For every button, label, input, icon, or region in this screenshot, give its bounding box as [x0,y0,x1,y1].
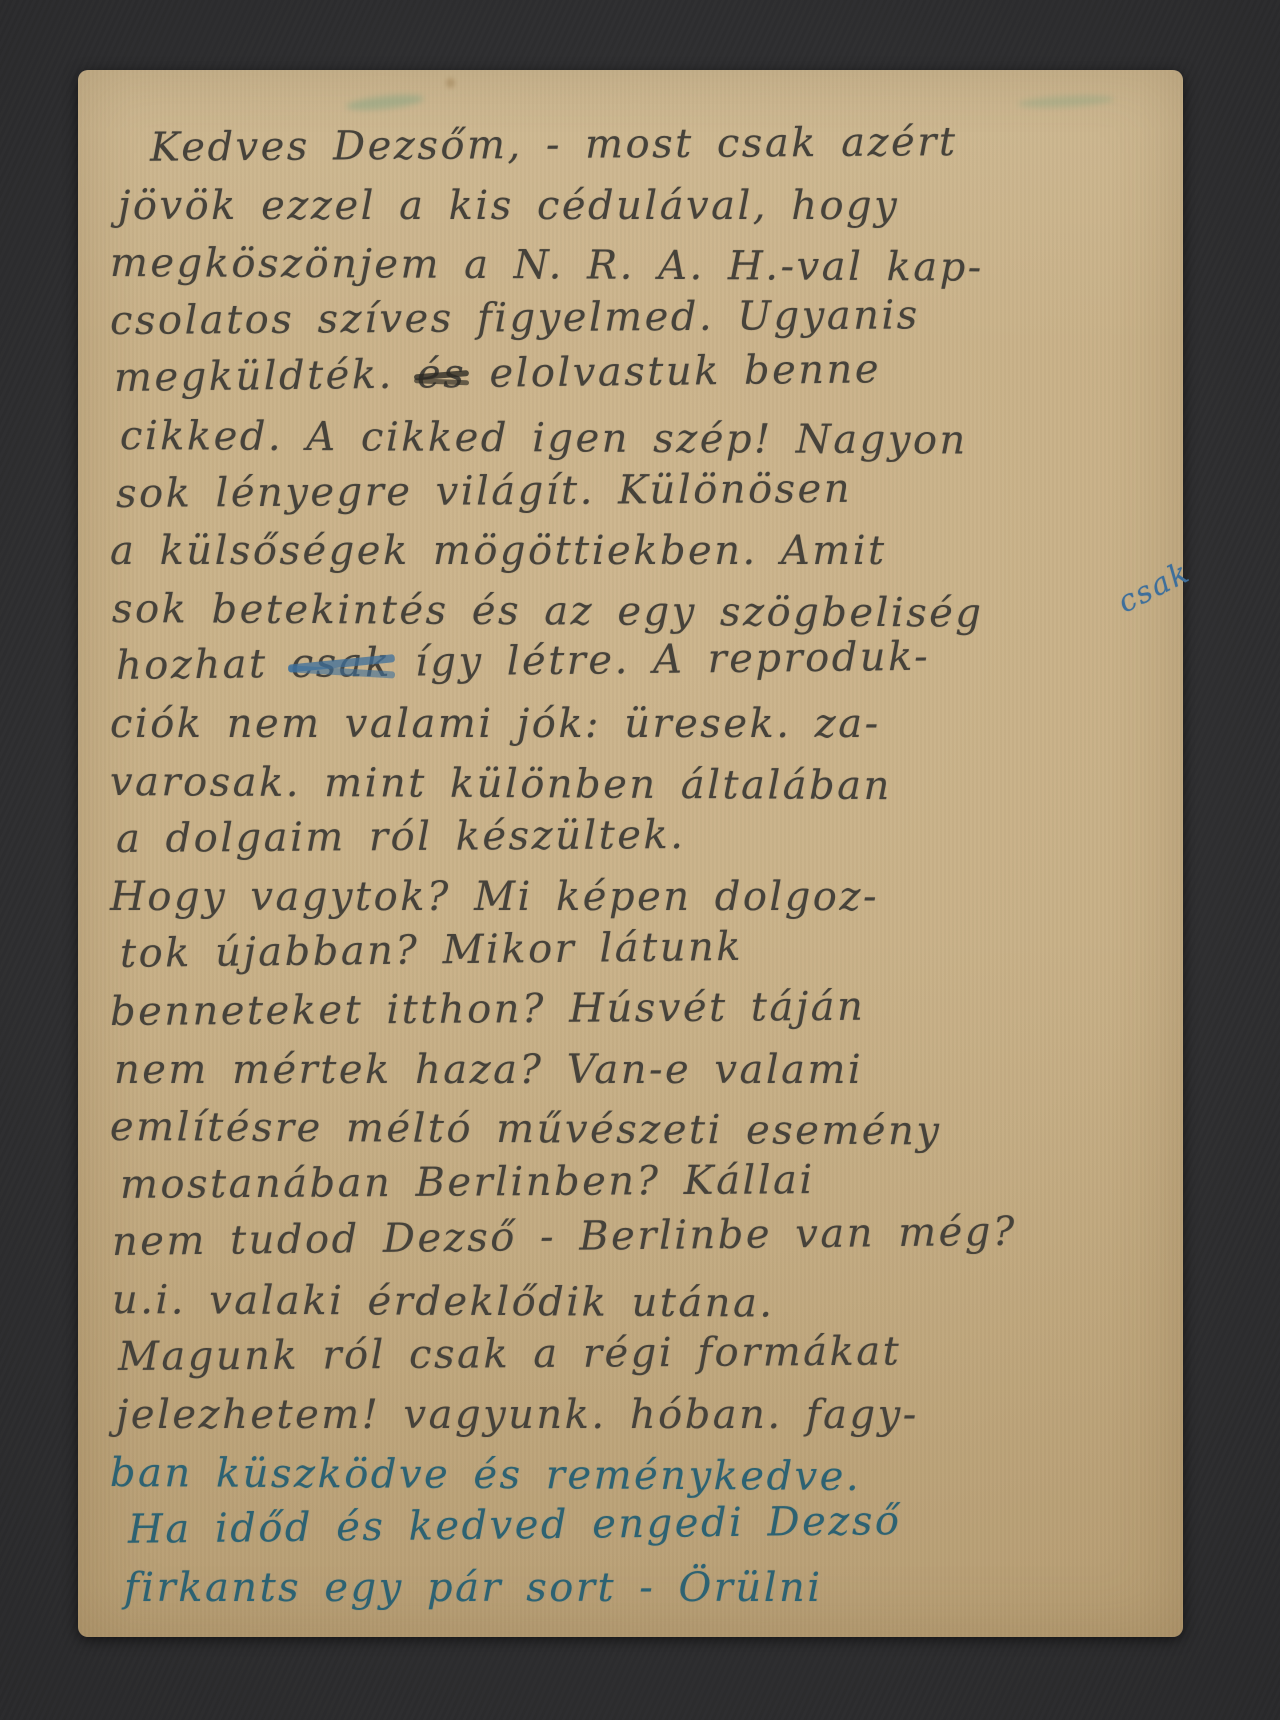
letter-text: sok lényegre világít. Különösen [116,465,852,516]
letter-text: Kedves Dezsőm, - most csak azért [150,119,958,171]
letter-line: jelezhetem! vagyunk. hóban. fagy- [110,1387,1155,1445]
letter-text: jelezhetem! vagyunk. hóban. fagy- [116,1392,919,1438]
letter-text: varosak. mint különben általában [110,759,892,809]
letter-line: nem mértek haza? Van-e valami [110,1042,1155,1100]
letter-text: mostanában Berlinben? Kállai [120,1157,815,1208]
letter-text: a dolgaim ról készültek. [116,812,686,862]
letter-text: elolvastuk benne [466,347,881,398]
letter-text: csolatos szíves figyelmed. Ugyanis [110,292,920,344]
letter-body: Kedves Dezsőm, - most csak azértjövök ez… [110,120,1155,1617]
letter-text: benneteket itthon? Húsvét táján [110,984,866,1035]
letter-line: nem tudod Dezső - Berlinbe van még? [112,1202,1158,1271]
letter-text: ciók nem valami jók: üresek. za- [110,701,881,747]
letter-text: megküldték. [114,352,418,401]
letter-text: cikked. A cikked igen szép! Nagyon [120,413,968,463]
letter-line: tok újabban? Mikor látunk [112,914,1158,983]
letter-line: sok lényegre világít. Különösen [110,458,1155,523]
letter-text: Ha időd és kedved engedi Dezső [128,1498,902,1553]
struck-word: csak [290,635,392,694]
letter-text: nem tudod Dezső - Berlinbe van még? [112,1209,1017,1265]
letter-line: a dolgaim ról készültek. [110,804,1155,869]
struck-word: és [417,346,467,404]
letter-text: ban küszködve és reménykedve. [110,1450,861,1500]
letter-text: hozhat [116,641,291,689]
letter-line: hozhat csak így létre. A reproduk- [112,626,1158,695]
letter-text: firkants egy pár sort - Örülni [124,1565,823,1611]
letter-text: nem mértek haza? Van-e valami [114,1047,863,1093]
letter-line: Kedves Dezsőm, - most csak azért [110,113,1155,178]
letter-line: benneteket itthon? Húsvét táján [110,977,1155,1042]
letter-text: a külsőségek mögöttiekben. Amit [110,528,887,574]
letter-line: firkants egy pár sort - Örülni [110,1560,1155,1618]
letter-line: megküldték. és elolvastuk benne [112,338,1158,407]
letter-text: említésre méltó művészeti esemény [110,1104,942,1154]
letter-text: így létre. A reproduk- [392,634,931,686]
letter-text: tok újabban? Mikor látunk [120,924,743,977]
letter-text: megköszönjem a N. R. A. H.-val kap- [110,240,984,291]
letter-text: Magunk ról csak a régi formákat [118,1329,902,1380]
green-ink-smudge-right [1018,93,1114,109]
letter-text: jövök ezzel a kis cédulával, hogy [118,183,899,229]
green-ink-smudge-left [346,92,425,113]
letter-line: jövök ezzel a kis cédulával, hogy [110,178,1155,236]
letter-line: Ha időd és kedved engedi Dezső [112,1490,1158,1559]
postcard-paper: Kedves Dezsőm, - most csak azértjövök ez… [78,70,1183,1637]
letter-line: a külsőségek mögöttiekben. Amit [110,523,1155,581]
letter-line: Magunk ról csak a régi formákat [110,1322,1155,1387]
paper-stain [446,78,455,88]
letter-text: u.i. valaki érdeklődik utána. [112,1277,775,1326]
photo-background: Kedves Dezsőm, - most csak azértjövök ez… [0,0,1280,1720]
letter-text: Hogy vagytok? Mi képen dolgoz- [110,874,879,920]
letter-line: ciók nem valami jók: üresek. za- [110,696,1155,754]
